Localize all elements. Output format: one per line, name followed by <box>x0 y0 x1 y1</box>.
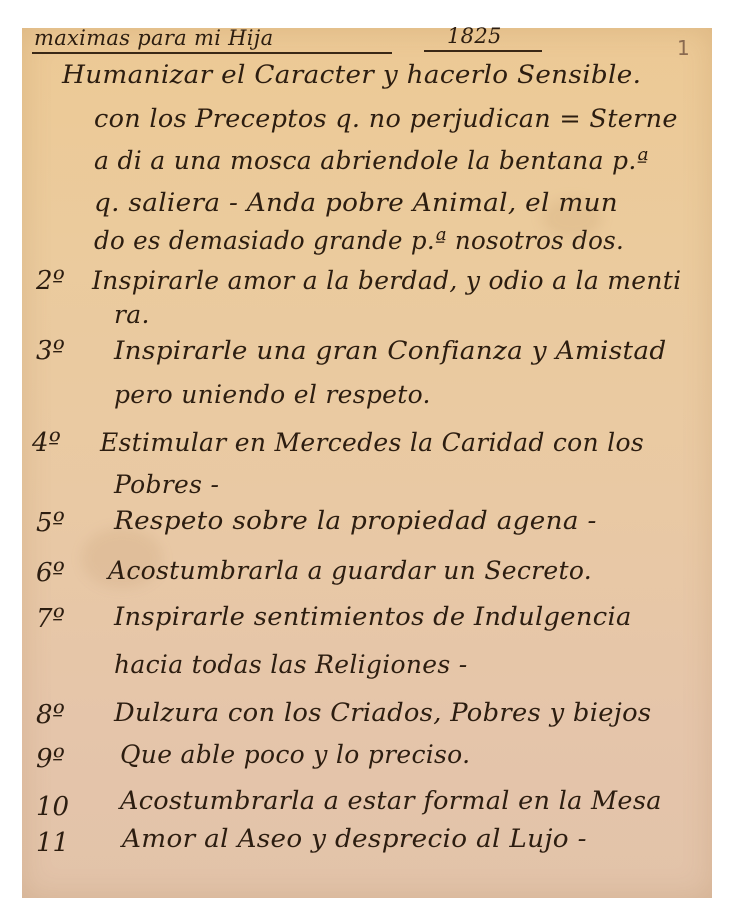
maxim-line: Inspirarle una gran Confianza y Amistad <box>114 336 666 365</box>
page-number: 1 <box>677 36 690 60</box>
maxim-line: ra. <box>114 300 150 329</box>
maxim-number: 4º <box>32 428 61 458</box>
maxim-number: 6º <box>36 558 65 588</box>
maxim-number: 2º <box>36 266 65 296</box>
intro-line: do es demasiado grande p.ª nosotros dos. <box>94 226 624 255</box>
intro-line: con los Preceptos q. no perjudican = Ste… <box>94 104 678 133</box>
intro-line: a di a una mosca abriendole la bentana p… <box>94 146 649 175</box>
maxim-number: 7º <box>36 604 65 634</box>
maxim-line: Pobres - <box>114 470 219 499</box>
intro-line: Humanizar el Caracter y hacerlo Sensible… <box>62 60 641 89</box>
maxim-line: Amor al Aseo y desprecio al Lujo - <box>122 824 587 853</box>
maxim-line: Acostumbrarla a guardar un Secreto. <box>108 556 592 585</box>
title-underline <box>32 52 392 54</box>
maxim-line: Respeto sobre la propiedad agena - <box>114 506 597 535</box>
year-underline <box>424 50 542 52</box>
maxim-number: 11 <box>36 828 69 858</box>
intro-line: q. saliera - Anda pobre Animal, el mun <box>94 188 618 217</box>
maxim-line: Estimular en Mercedes la Caridad con los <box>100 428 644 457</box>
maxim-line: Inspirarle sentimientos de Indulgencia <box>114 602 632 631</box>
manuscript-page: maximas para mi Hija 1825 1 Humanizar el… <box>22 28 712 898</box>
maxim-line: Acostumbrarla a estar formal en la Mesa <box>120 786 662 815</box>
maxim-number: 9º <box>36 744 65 774</box>
maxim-line: hacia todas las Religiones - <box>114 650 468 679</box>
document-title: maximas para mi Hija <box>34 26 273 50</box>
maxim-number: 8º <box>36 700 65 730</box>
maxim-line: pero uniendo el respeto. <box>114 380 431 409</box>
maxim-line: Que able poco y lo preciso. <box>120 740 470 769</box>
maxim-line: Dulzura con los Criados, Pobres y biejos <box>114 698 651 727</box>
maxim-number: 10 <box>36 792 69 822</box>
maxim-number: 5º <box>36 508 65 538</box>
maxim-number: 3º <box>36 336 65 366</box>
document-year: 1825 <box>447 24 502 48</box>
maxim-line: Inspirarle amor a la berdad, y odio a la… <box>92 266 681 295</box>
